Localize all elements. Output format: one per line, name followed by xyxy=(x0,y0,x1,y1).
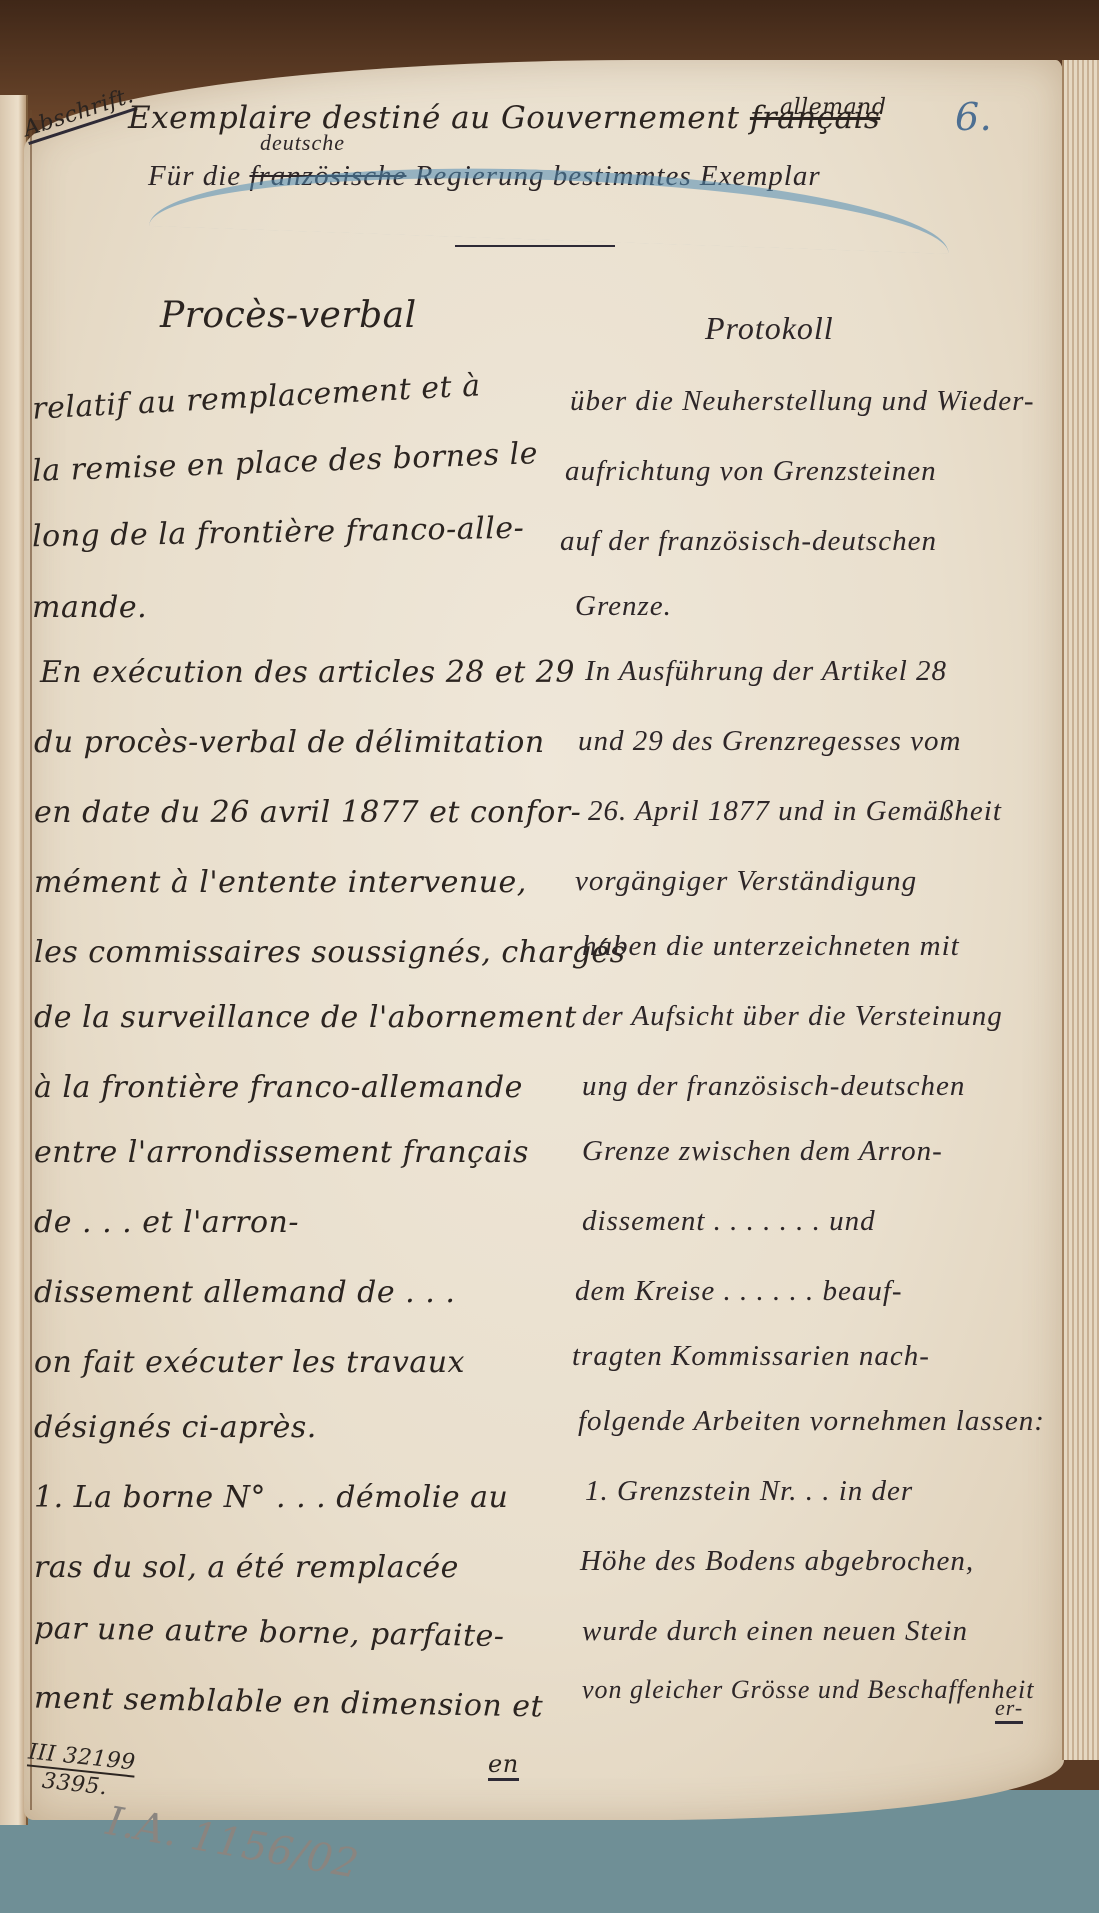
left-line: la remise en place des bornes le xyxy=(32,436,539,489)
right-line: folgende Arbeiten vornehmen lassen: xyxy=(578,1405,1045,1438)
right-title: Protokoll xyxy=(705,310,834,347)
left-line: désignés ci-après. xyxy=(34,1410,317,1445)
pencil-archive-ref: I.A. 1156/02 xyxy=(103,1798,362,1888)
right-line: dissement . . . . . . . und xyxy=(582,1205,876,1238)
left-line: En exécution des articles 28 et 29 xyxy=(40,655,575,690)
left-line: relatif au remplacement et à xyxy=(31,368,481,426)
left-title: Procès-verbal xyxy=(160,295,417,336)
right-line: und 29 des Grenzregesses vom xyxy=(578,725,961,758)
header-german-insertion: deutsche xyxy=(260,130,345,156)
left-line: mande. xyxy=(32,590,147,625)
right-line: tragten Kommissarien nach- xyxy=(572,1340,930,1373)
page-number: 6. xyxy=(955,95,992,139)
right-line: Grenze zwischen dem Arron- xyxy=(582,1135,943,1168)
right-line: der Aufsicht über die Versteinung xyxy=(582,1000,1003,1033)
left-line: à la frontière franco-allemande xyxy=(34,1070,523,1105)
right-line: über die Neuherstellung und Wieder- xyxy=(570,385,1035,418)
left-line: long de la frontière franco-alle- xyxy=(32,511,525,555)
left-line: entre l'arrondissement français xyxy=(34,1135,529,1170)
left-line: ras du sol, a été remplacée xyxy=(34,1550,459,1585)
left-line: en date du 26 avril 1877 et confor- xyxy=(34,795,581,830)
right-line: vorgängiger Verständigung xyxy=(575,865,917,898)
right-line: dem Kreise . . . . . . beauf- xyxy=(575,1275,903,1308)
right-line: In Ausführung der Artikel 28 xyxy=(585,655,947,688)
left-line: dissement allemand de . . . xyxy=(34,1275,455,1310)
header-divider xyxy=(455,245,615,247)
right-line: Höhe des Bodens abgebrochen, xyxy=(580,1545,974,1578)
left-line: les commissaires soussignés, chargés xyxy=(34,935,626,970)
left-line: mément à l'entente intervenue, xyxy=(34,865,527,900)
right-line: wurde durch einen neuen Stein xyxy=(582,1615,968,1648)
header-french-insertion: allemand xyxy=(780,95,886,120)
left-catchword: en xyxy=(488,1750,519,1781)
left-line: ment semblable en dimension et xyxy=(34,1681,544,1725)
right-line: auf der französisch-deutschen xyxy=(560,525,937,558)
right-line: 1. Grenzstein Nr. . . in der xyxy=(585,1475,913,1508)
left-line: 1. La borne N° . . . démolie au xyxy=(34,1480,508,1515)
margin-note-abschrift: Abschrift. xyxy=(20,83,137,145)
right-line: ung der französisch-deutschen xyxy=(582,1070,965,1103)
header-french-text: Exemplaire destiné au Gouvernement xyxy=(128,100,740,136)
right-line: 26. April 1877 und in Gemäßheit xyxy=(588,795,1002,828)
document-content: Abschrift. 6. Exemplaire destiné au Gouv… xyxy=(0,0,1099,1913)
left-line: du procès-verbal de délimitation xyxy=(34,725,545,760)
right-line: von gleicher Grösse und Beschaffenheit xyxy=(582,1675,1034,1705)
left-line: de . . . et l'arron- xyxy=(34,1205,299,1240)
left-line: par une autre borne, parfaite- xyxy=(34,1611,505,1654)
right-line: Grenze. xyxy=(575,590,672,623)
left-line: de la surveillance de l'abornement xyxy=(34,1000,577,1035)
right-line: aufrichtung von Grenzsteinen xyxy=(565,455,937,488)
right-line: haben die unterzeichneten mit xyxy=(582,930,960,963)
header-french: Exemplaire destiné au Gouvernement franç… xyxy=(128,100,880,136)
left-line: on fait exécuter les travaux xyxy=(34,1345,465,1380)
right-catchword: er- xyxy=(995,1695,1023,1724)
